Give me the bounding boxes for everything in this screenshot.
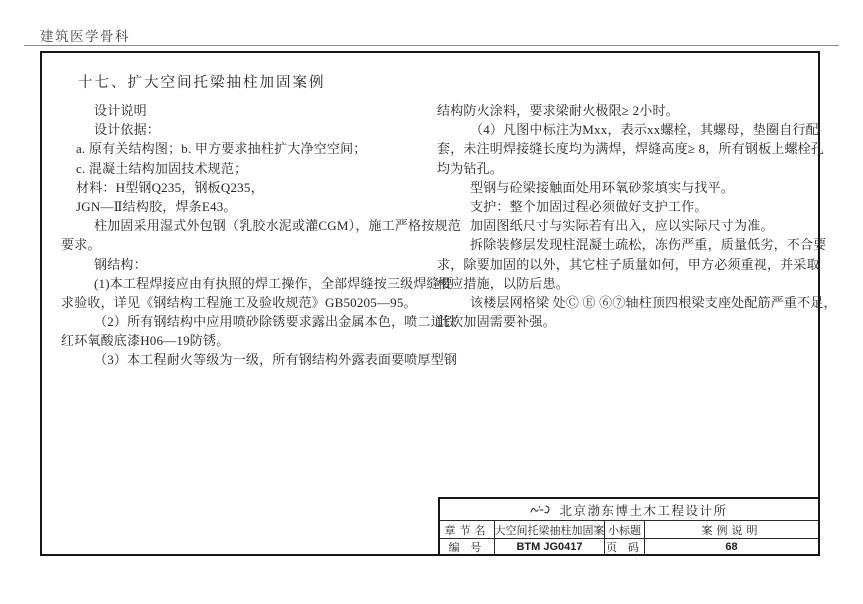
text-line: 此次加固需要补强。 [437,312,820,331]
text-line: （4）凡图中标注为Mxx，表示xx螺栓，其螺母，垫圈自行配 [437,120,820,139]
header-divider [24,45,839,46]
text-line: (1)本工程焊接应由有执照的焊工操作，全部焊缝按三级焊缝要 [61,274,435,293]
chapter-label: 章节名 [440,521,495,539]
title-block-row: 章节名 扩大空间托梁抽柱加固案例 小标题 案例说明 [440,521,818,539]
text-line: 套，未注明焊接缝长度均为满焊，焊缝高度≥ 8，所有钢板上螺栓孔 [437,139,820,158]
chapter-value: 扩大空间托梁抽柱加固案例 [495,521,605,539]
title-block-row: 编 号 BTM JG0417 页 码 68 [440,539,818,554]
text-line: 设计说明 [61,101,435,120]
text-line: a. 原有关结构图；b. 甲方要求抽柱扩大净空空间； [61,139,435,158]
subtitle-value: 案例说明 [645,521,818,539]
text-line: 求验收，详见《钢结构工程施工及验收规范》GB50205—95。 [61,293,435,312]
text-line: c. 混凝土结构加固技术规范； [61,159,435,178]
page-header-label: 建筑医学骨科 [40,25,130,45]
text-line: 该楼层网格梁 处Ⓒ Ⓔ ⑥⑦轴柱顶四根梁支座处配筋严重不足， [437,293,820,312]
institute-name: 北京渤东博土木工程设计所 [559,501,727,519]
text-line: 求，除要加固的以外，其它柱子质量如何，甲方必须重视，并采取 [437,255,820,274]
text-line: 均为钻孔。 [437,159,820,178]
text-line: 柱加固采用湿式外包钢（乳胶水泥或灌CGM），施工严格按规范 [61,216,435,235]
text-line: （2）所有钢结构中应用喷砂除锈要求露出金属本色，喷二道铁 [61,312,435,331]
number-label: 编 号 [440,539,495,554]
number-value: BTM JG0417 [495,539,605,554]
text-line: 材料：H型钢Q235，钢板Q235， [61,178,435,197]
right-column: 结构防火涂料，要求梁耐火极限≥ 2小时。 （4）凡图中标注为Mxx，表示xx螺栓… [437,101,820,331]
left-column: 设计说明 设计依据： a. 原有关结构图；b. 甲方要求抽柱扩大净空空间； c.… [61,101,435,370]
text-line: 相应措施，以防后患。 [437,274,820,293]
subtitle-label: 小标题 [605,521,645,539]
text-line: 型钢与砼梁接触面处用环氧砂浆填实与找平。 [437,178,820,197]
text-line: 结构防火涂料，要求梁耐火极限≥ 2小时。 [437,101,820,120]
text-line: 钢结构： [61,255,435,274]
page-value: 68 [645,539,818,554]
text-line: JGN—Ⅱ结构胶，焊条E43。 [61,197,435,216]
text-line: 拆除装修层发现柱混凝土疏松，冻伤严重，质量低劣，不合要 [437,235,820,254]
page-title: 十七、扩大空间托梁抽柱加固案例 [78,71,326,92]
text-line: 红环氧酸底漆H06—19防锈。 [61,331,435,350]
page-label: 页 码 [605,539,645,554]
text-line: 加固图纸尺寸与实际若有出入，应以实际尺寸为准。 [437,216,820,235]
text-line: 设计依据： [61,120,435,139]
document-frame: 十七、扩大空间托梁抽柱加固案例 设计说明 设计依据： a. 原有关结构图；b. … [40,51,820,556]
institute-logo-icon [530,504,552,515]
text-line: （3）本工程耐火等级为一级，所有钢结构外露表面要喷厚型钢 [61,350,435,369]
text-line: 要求。 [61,235,435,254]
institute-row: 北京渤东博土木工程设计所 [440,499,818,521]
text-line: 支护：整个加固过程必须做好支护工作。 [437,197,820,216]
title-block-table: 北京渤东博土木工程设计所 章节名 扩大空间托梁抽柱加固案例 小标题 案例说明 编… [438,497,820,556]
